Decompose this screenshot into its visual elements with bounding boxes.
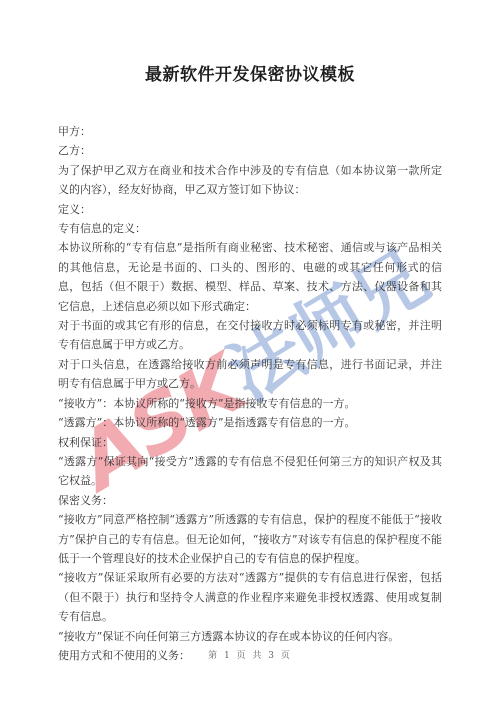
paragraph: 专有信息的定义：: [58, 219, 442, 238]
paragraph: “接收方”：本协议所称的“接收方”是指接收专有信息的一方。: [58, 394, 442, 413]
paragraph: 对于书面的或其它有形的信息，在交付接收方时必须标明专有或秘密，并注明专有信息属于…: [58, 316, 442, 355]
paragraph: “透露方”保证其向“接受方”透露的专有信息不侵犯任何第三方的知识产权及其它权益。: [58, 452, 442, 491]
paragraph: 定义：: [58, 200, 442, 219]
paragraph: “接收方”同意严格控制“透露方”所透露的专有信息，保护的程度不能低于“接收方”保…: [58, 510, 442, 568]
paragraph: 甲方：: [58, 122, 442, 141]
paragraph: “接收方”保证不向任何第三方透露本协议的存在或本协议的任何内容。: [58, 627, 442, 646]
document-page: ASK法师兄 最新软件开发保密协议模板 甲方：乙方：为了保护甲乙双方在商业和技术…: [0, 0, 500, 706]
page-number-footer: 第 1 页 共 3 页: [0, 648, 500, 661]
paragraph: 乙方：: [58, 141, 442, 160]
document-body: 甲方：乙方：为了保护甲乙双方在商业和技术合作中涉及的专有信息（如本协议第一款所定…: [58, 122, 442, 665]
paragraph: 为了保护甲乙双方在商业和技术合作中涉及的专有信息（如本协议第一款所定义的内容），…: [58, 161, 442, 200]
paragraph: 本协议所称的“专有信息”是指所有商业秘密、技术秘密、通信或与该产品相关的其他信息…: [58, 238, 442, 316]
paragraph: 保密义务：: [58, 491, 442, 510]
document-title: 最新软件开发保密协议模板: [58, 64, 442, 86]
paragraph: 对于口头信息，在透露给接收方前必须声明是专有信息，进行书面记录，并注明专有信息属…: [58, 355, 442, 394]
paragraph: “接收方”保证采取所有必要的方法对“透露方”提供的专有信息进行保密，包括（但不限…: [58, 568, 442, 626]
paragraph: “透露方”：本协议所称的“透露方”是指透露专有信息的一方。: [58, 413, 442, 432]
paragraph: 权利保证：: [58, 433, 442, 452]
document-content: 最新软件开发保密协议模板 甲方：乙方：为了保护甲乙双方在商业和技术合作中涉及的专…: [0, 0, 500, 665]
